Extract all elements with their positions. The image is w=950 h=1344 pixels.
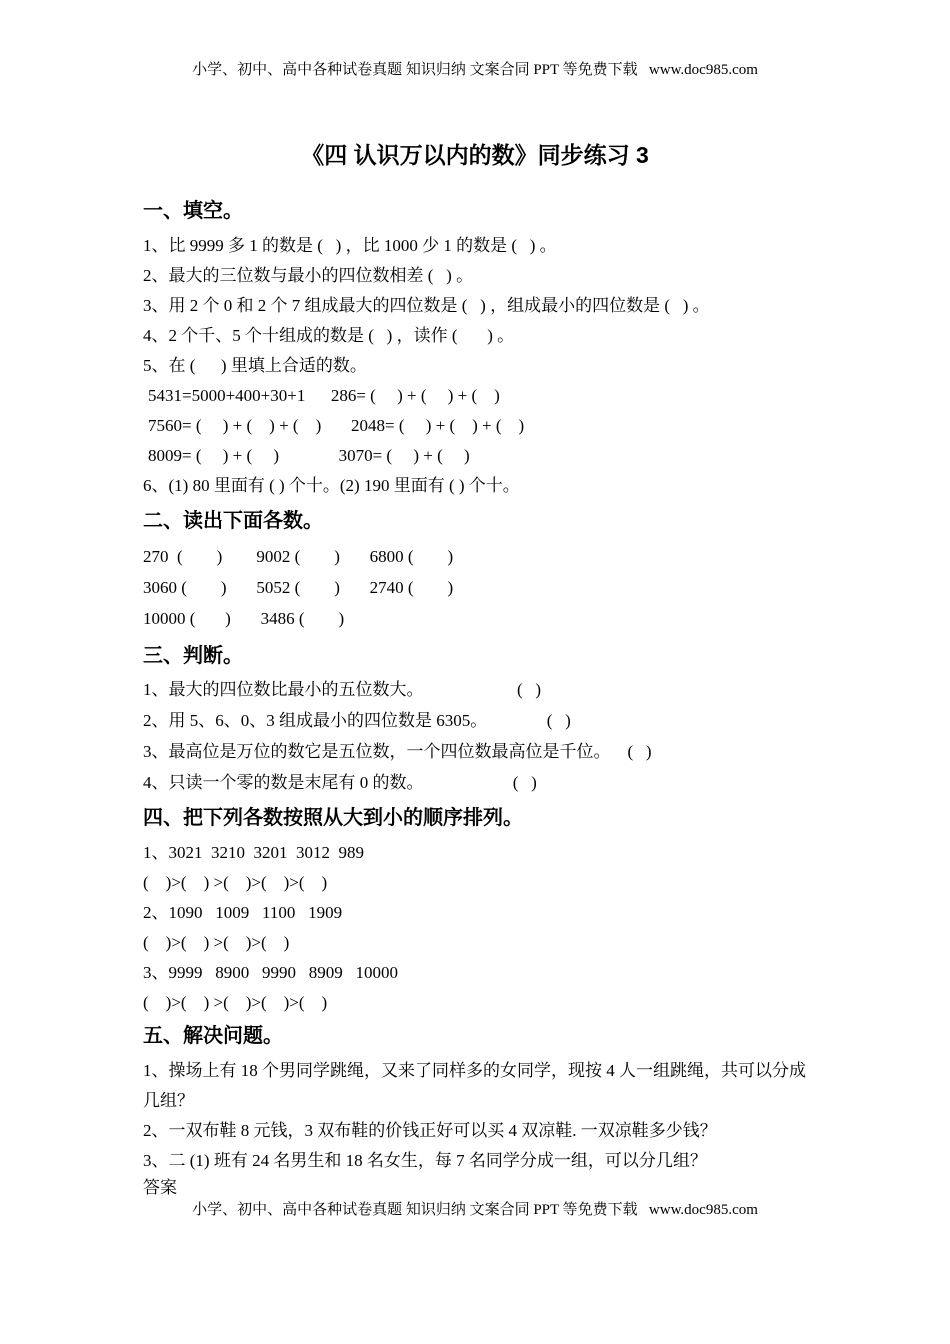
header-promo-text: 小学、初中、高中各种试卷真题 知识归纳 文案合同 PPT 等免费下载 www.d…	[0, 0, 950, 80]
section-fill-blanks: 一、填空。 1、比 9999 多 1 的数是 ( ) ，比 1000 少 1 的…	[143, 197, 880, 501]
question-line: 5、在 ( ) 里填上合适的数。	[143, 351, 880, 381]
section-read-numbers: 二、读出下面各数。 270 ( ) 9002 ( ) 6800 ( ) 3060…	[143, 507, 880, 634]
equation-line: 7560= ( ) + ( ) + ( ) 2048= ( ) + ( ) + …	[143, 411, 880, 441]
judgment-line: 2、用 5、6、0、3 组成最小的四位数是 6305。 ( )	[143, 705, 880, 736]
section-heading: 三、判断。	[143, 642, 880, 670]
judgment-line: 3、最高位是万位的数它是五位数，一个四位数最高位是千位。 ( )	[143, 736, 880, 767]
word-problem-line: 几组？	[143, 1086, 880, 1116]
equation-line: 5431=5000+400+30+1 286= ( ) + ( ) + ( )	[143, 381, 880, 411]
ordering-numbers-line: 1、3021 3210 3201 3012 989	[143, 838, 880, 868]
judgment-line: 4、只读一个零的数是末尾有 0 的数。 ( )	[143, 767, 880, 798]
ordering-numbers-line: 2、1090 1009 1100 1909	[143, 898, 880, 928]
section-heading: 一、填空。	[143, 197, 880, 225]
ordering-numbers-line: 3、9999 8900 9990 8909 10000	[143, 958, 880, 988]
equation-line: 8009= ( ) + ( ) 3070= ( ) + ( )	[143, 441, 880, 471]
read-number-row: 10000 ( ) 3486 ( )	[143, 603, 880, 634]
footer-promo-text: 小学、初中、高中各种试卷真题 知识归纳 文案合同 PPT 等免费下载 www.d…	[0, 1200, 950, 1220]
judgment-line: 1、最大的四位数比最小的五位数大。 ( )	[143, 674, 880, 705]
question-line: 2、最大的三位数与最小的四位数相差 ( ) 。	[143, 261, 880, 291]
word-problem-line: 2、一双布鞋 8 元钱，3 双布鞋的价钱正好可以买 4 双凉鞋. 一双凉鞋多少钱…	[143, 1116, 880, 1146]
answer-label: 答案	[143, 1176, 880, 1200]
section-heading: 五、解决问题。	[143, 1022, 880, 1050]
section-judgment: 三、判断。 1、最大的四位数比最小的五位数大。 ( ) 2、用 5、6、0、3 …	[143, 642, 880, 798]
section-heading: 四、把下列各数按照从大到小的顺序排列。	[143, 804, 880, 832]
worksheet-content: 一、填空。 1、比 9999 多 1 的数是 ( ) ，比 1000 少 1 的…	[0, 197, 950, 1200]
question-line: 6、(1) 80 里面有 ( ) 个十。(2) 190 里面有 ( ) 个十。	[143, 471, 880, 501]
ordering-answer-line: ( )>( ) >( )>( )>( )	[143, 868, 880, 898]
word-problem-line: 1、操场上有 18 个男同学跳绳，又来了同样多的女同学，现按 4 人一组跳绳，共…	[143, 1056, 880, 1086]
question-line: 3、用 2 个 0 和 2 个 7 组成最大的四位数是 ( ) ，组成最小的四位…	[143, 291, 880, 321]
ordering-answer-line: ( )>( ) >( )>( )	[143, 928, 880, 958]
section-ordering: 四、把下列各数按照从大到小的顺序排列。 1、3021 3210 3201 301…	[143, 804, 880, 1018]
read-number-row: 270 ( ) 9002 ( ) 6800 ( )	[143, 541, 880, 572]
ordering-answer-line: ( )>( ) >( )>( )>( )	[143, 988, 880, 1018]
page-title: 《四 认识万以内的数》同步练习 3	[0, 138, 950, 172]
question-line: 4、2 个千、5 个十组成的数是 ( ) ，读作 ( ) 。	[143, 321, 880, 351]
section-word-problems: 五、解决问题。 1、操场上有 18 个男同学跳绳，又来了同样多的女同学，现按 4…	[143, 1022, 880, 1176]
read-number-row: 3060 ( ) 5052 ( ) 2740 ( )	[143, 572, 880, 603]
question-line: 1、比 9999 多 1 的数是 ( ) ，比 1000 少 1 的数是 ( )…	[143, 231, 880, 261]
section-heading: 二、读出下面各数。	[143, 507, 880, 535]
word-problem-line: 3、二 (1) 班有 24 名男生和 18 名女生，每 7 名同学分成一组，可以…	[143, 1146, 880, 1176]
worksheet-page: 小学、初中、高中各种试卷真题 知识归纳 文案合同 PPT 等免费下载 www.d…	[0, 0, 950, 1220]
